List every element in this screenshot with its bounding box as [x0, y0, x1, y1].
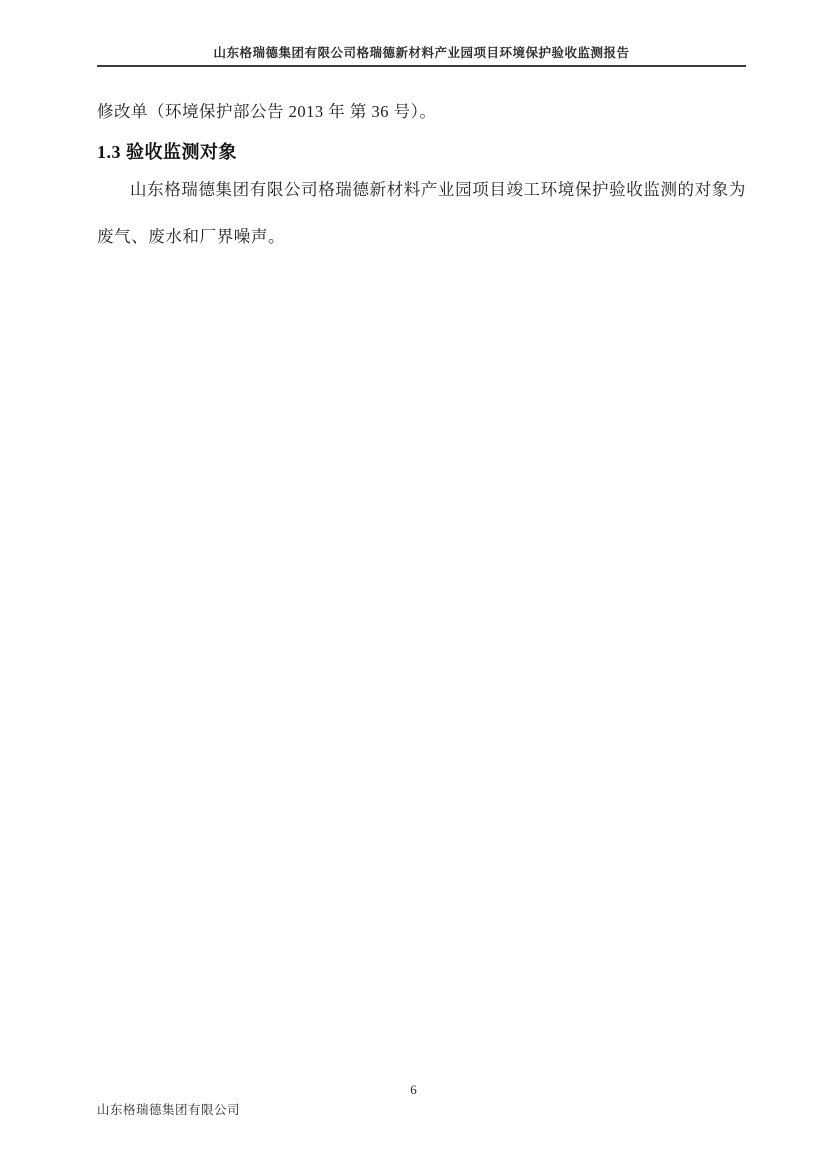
report-header-title: 山东格瑞德集团有限公司格瑞德新材料产业园项目环境保护验收监测报告 — [97, 46, 746, 61]
page-header: 山东格瑞德集团有限公司格瑞德新材料产业园项目环境保护验收监测报告 — [97, 46, 746, 67]
paragraph-monitoring-targets: 山东格瑞德集团有限公司格瑞德新材料产业园项目竣工环境保护验收监测的对象为废气、废… — [97, 166, 746, 260]
paragraph-amendment-notice: 修改单（环境保护部公告 2013 年 第 36 号）。 — [97, 103, 746, 120]
page-number: 6 — [0, 1082, 827, 1098]
document-page: 山东格瑞德集团有限公司格瑞德新材料产业园项目环境保护验收监测报告 修改单（环境保… — [0, 0, 827, 1169]
footer-company-name: 山东格瑞德集团有限公司 — [97, 1100, 240, 1118]
document-body: 修改单（环境保护部公告 2013 年 第 36 号）。 1.3 验收监测对象 山… — [97, 69, 746, 260]
section-heading-1-3: 1.3 验收监测对象 — [97, 142, 746, 164]
